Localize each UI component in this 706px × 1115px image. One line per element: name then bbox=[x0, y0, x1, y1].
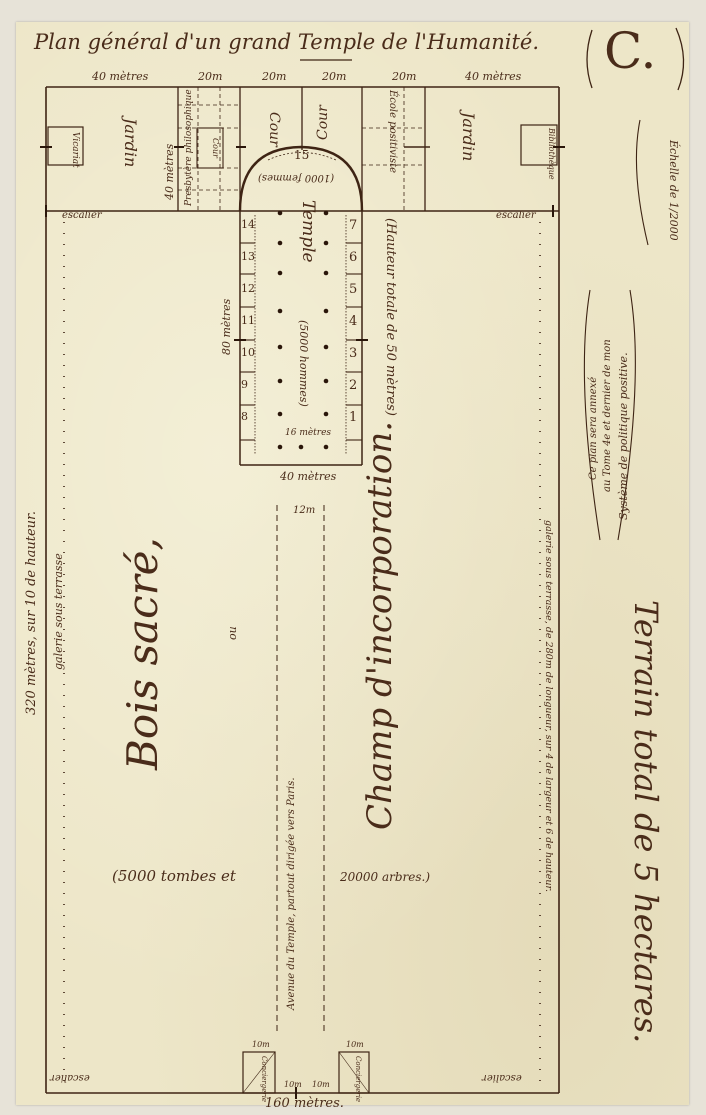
label-escalier-bottom-right: escalier bbox=[482, 1072, 522, 1083]
graves-trees-right: 20000 arbres.) bbox=[340, 870, 430, 884]
conciergerie-right: Conciergerie bbox=[354, 1056, 362, 1102]
chapel-number: 11 bbox=[241, 314, 255, 346]
bois-sacre-label: Bois sacré, bbox=[118, 537, 167, 770]
apse-capacity: (1000 femmes) bbox=[258, 172, 334, 183]
chapel-number: 4 bbox=[349, 314, 363, 346]
chapel-number: 6 bbox=[349, 250, 363, 282]
marginal-note-line3: Système de politique positive. bbox=[617, 352, 630, 520]
box-dim: 10m bbox=[252, 1040, 270, 1049]
chapel-number: 13 bbox=[241, 250, 255, 282]
dim-ecole: 20m bbox=[392, 70, 416, 83]
scale-note: Échelle de 1/2000 bbox=[667, 140, 680, 241]
marginal-note-line1: Ce plan sera annexé bbox=[588, 377, 599, 480]
label-vicariat: Vicariat bbox=[70, 132, 80, 168]
apse-width: 15 bbox=[294, 148, 309, 162]
temple-label: Temple bbox=[298, 200, 318, 263]
box-dim: 10m bbox=[284, 1080, 302, 1089]
chapels-left: 14 13 12 11 10 9 8 bbox=[241, 218, 255, 442]
label-cour-right: Cour bbox=[315, 105, 331, 140]
chapel-number: 7 bbox=[349, 218, 363, 250]
chapel-number: 2 bbox=[349, 378, 363, 410]
label-escalier-right: escalier bbox=[496, 210, 536, 221]
avenue-width: 12m bbox=[293, 505, 315, 516]
right-gallery-note: galerie sous terrasse, de 280m de longue… bbox=[543, 520, 554, 892]
dim-cour-right: 20m bbox=[322, 70, 346, 83]
label-jardin-right: Jardin bbox=[459, 112, 478, 161]
label-ecole: École positiviste bbox=[387, 90, 398, 173]
temple-length: 80 mètres bbox=[220, 299, 233, 355]
label-presbytere-cour: Cour bbox=[211, 138, 220, 158]
left-gallery-note: 320 mètres, sur 10 de hauteur. bbox=[24, 511, 39, 715]
left-gallery-sub: galerie sous terrasse bbox=[52, 553, 65, 670]
champ-label: Champ d'incorporation. bbox=[360, 421, 400, 830]
temple-width: 40 mètres bbox=[280, 470, 336, 483]
temple-height-note: (Hauteur totale de 50 mètres) bbox=[383, 218, 398, 416]
label-escalier-left: escalier bbox=[62, 210, 102, 221]
avenue-note: Avenue du Temple, partout dirigée vers P… bbox=[286, 777, 297, 1010]
bottom-width: 160 mètres. bbox=[265, 1096, 344, 1111]
label-bibliotheque: Bibliothèque bbox=[547, 128, 556, 180]
chapel-number: 12 bbox=[241, 282, 255, 314]
dim-left-garden: 40 mètres bbox=[92, 70, 148, 83]
chapel-number: 10 bbox=[241, 346, 255, 378]
chapel-number: 5 bbox=[349, 282, 363, 314]
graves-trees-left: (5000 tombes et bbox=[112, 867, 236, 885]
chapel-number: 3 bbox=[349, 346, 363, 378]
chapels-right: 7 6 5 4 3 2 1 bbox=[349, 218, 363, 442]
label-cour-left: Cour bbox=[266, 112, 282, 147]
plan-drawing bbox=[0, 0, 706, 1115]
dim-cour-left: 20m bbox=[262, 70, 286, 83]
chapel-number: 9 bbox=[241, 378, 255, 410]
ou-label: ou bbox=[226, 626, 239, 640]
dim-right-garden: 40 mètres bbox=[465, 70, 521, 83]
dim-presbytere: 20m bbox=[198, 70, 222, 83]
chapel-number: 8 bbox=[241, 410, 255, 442]
temple-inner-width: 16 mètres bbox=[285, 428, 331, 438]
label-presbytere-depth: 40 mètres bbox=[163, 144, 176, 200]
document-title: Plan général d'un grand Temple de l'Huma… bbox=[34, 30, 539, 54]
box-dim: 10m bbox=[346, 1040, 364, 1049]
label-jardin-left: Jardin bbox=[121, 118, 140, 167]
total-area-note: Terrain total de 5 hectares. bbox=[627, 600, 665, 1043]
label-presbytere: Presbytère philosophique bbox=[184, 89, 194, 206]
nave-capacity: (5000 hommes) bbox=[297, 320, 310, 407]
box-dim: 10m bbox=[312, 1080, 330, 1089]
marginal-note-line2: au Tome 4e et dernier de mon bbox=[602, 339, 613, 492]
label-escalier-bottom-left: escalier bbox=[50, 1072, 90, 1083]
chapel-number: 14 bbox=[241, 218, 255, 250]
sheet-letter: C. bbox=[604, 22, 656, 80]
